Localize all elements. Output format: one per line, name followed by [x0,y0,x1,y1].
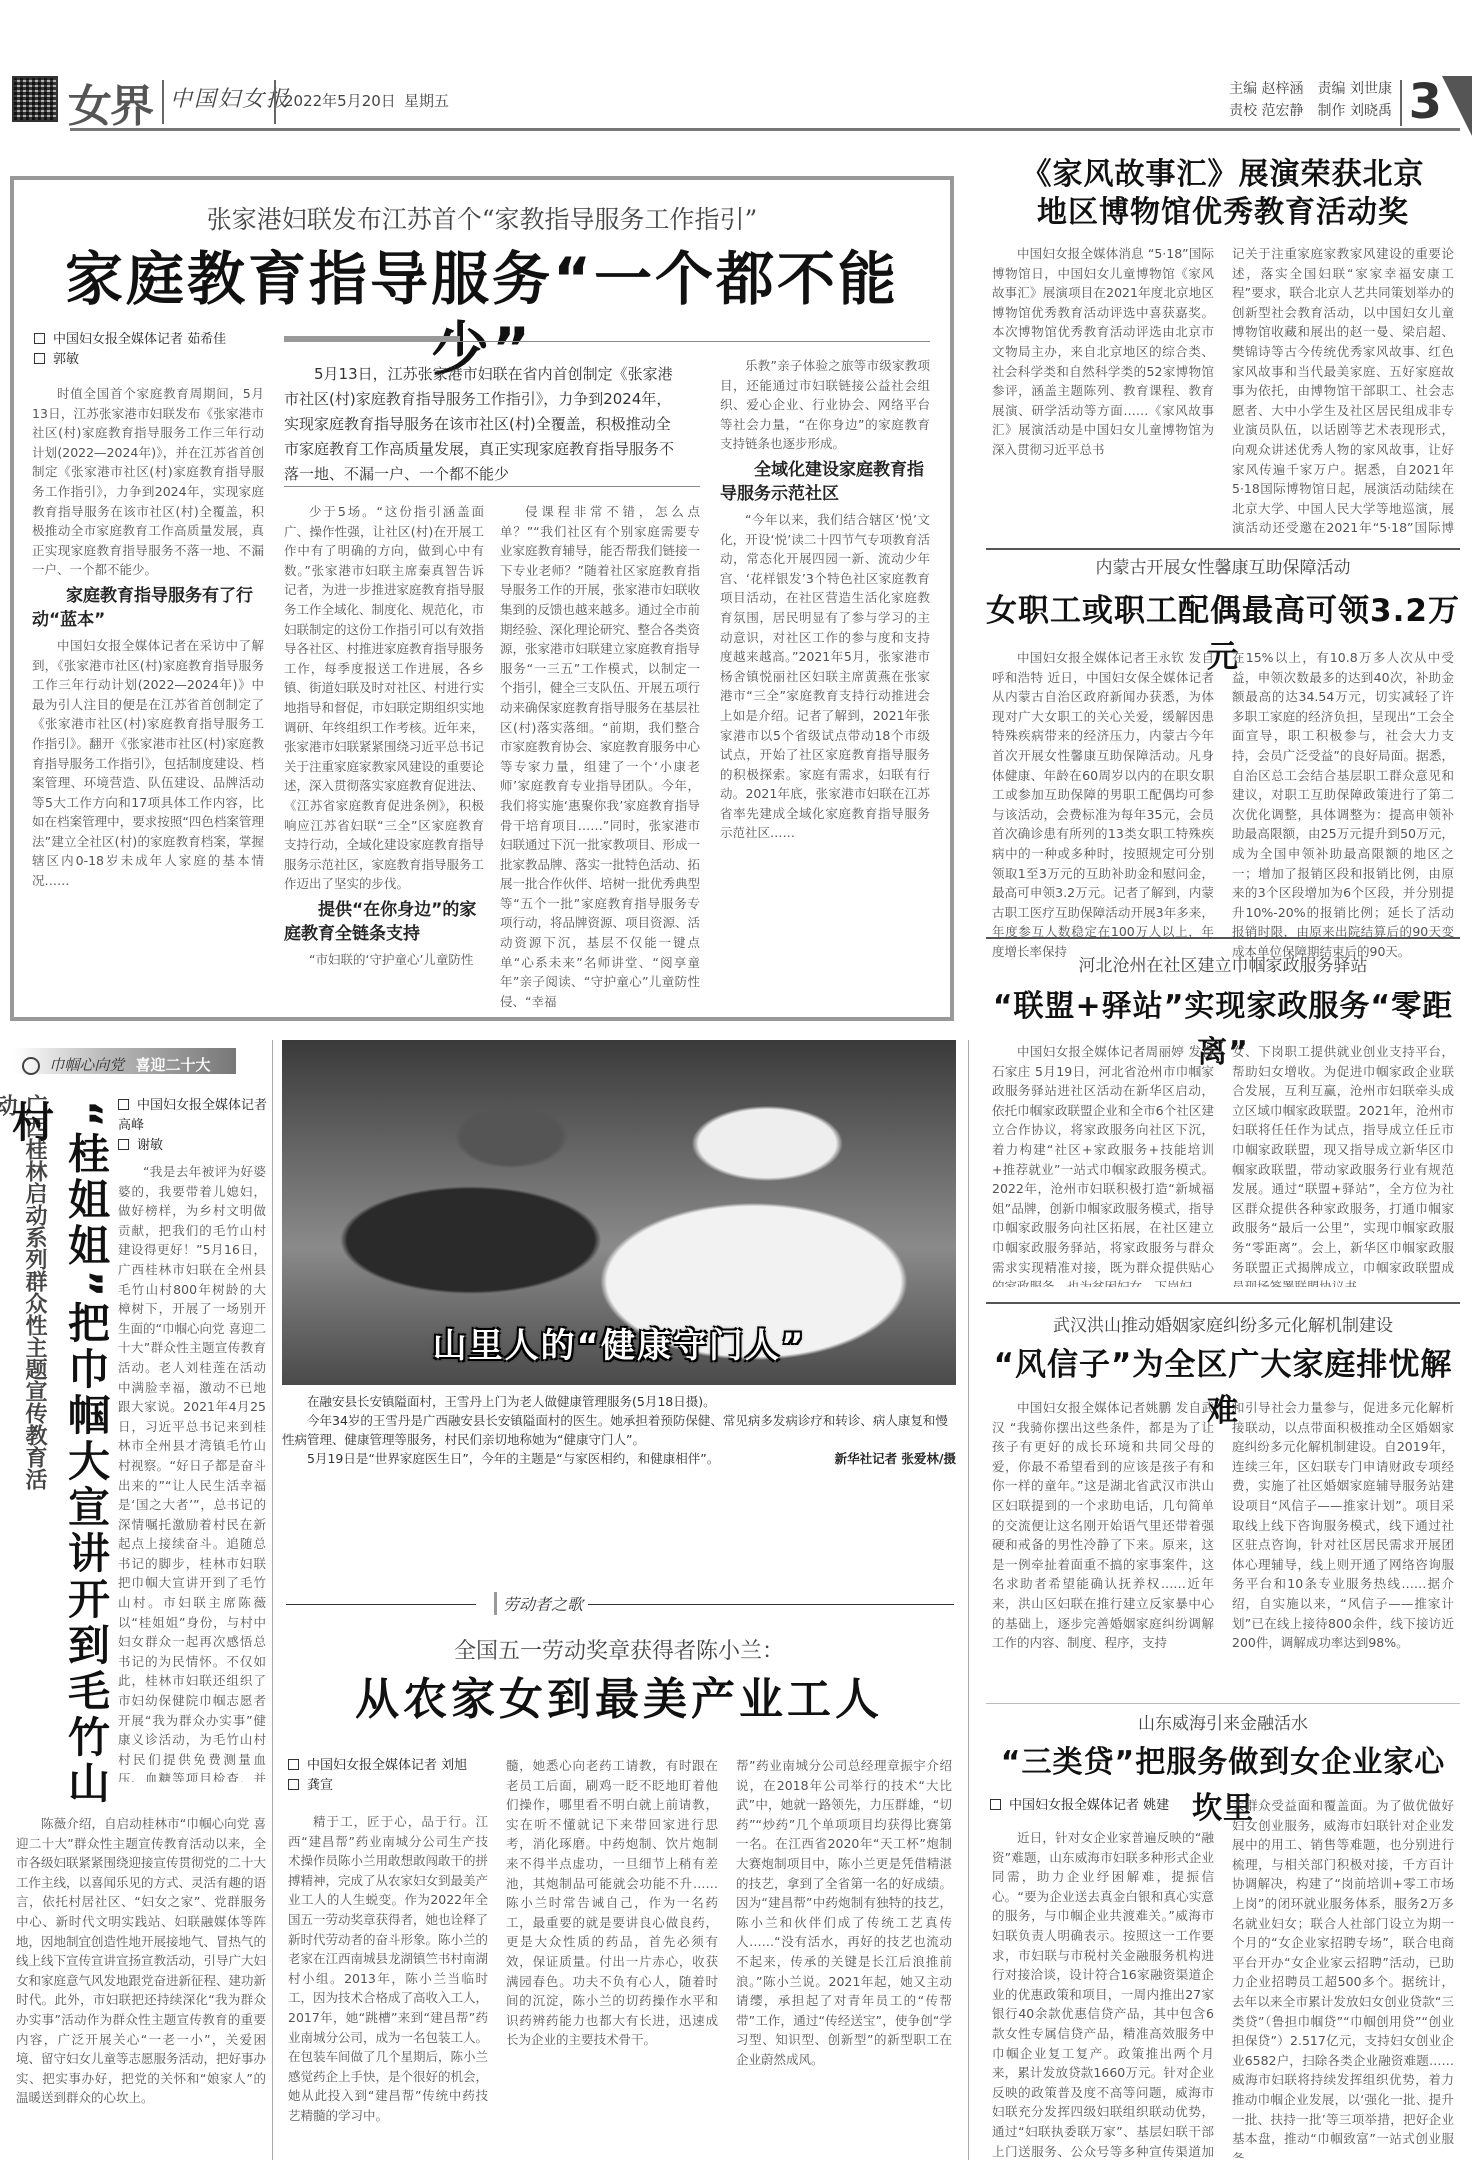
byline-reporter-2: 谢敏 [118,1136,268,1156]
museum-story: 《家风故事汇》展演荣获北京 地区博物馆优秀教育活动奖 中国妇女报全媒体消息 “5… [986,156,1460,536]
insurance-col-2: 在15%以上，有10.8万多人次从中受益，申领次数最多的达到40次，补助金额最高… [1232,648,1454,968]
photo-title: 山里人的“健康守门人” [282,1318,956,1367]
bullet-square-icon [288,1759,299,1770]
guijie-kicker: 广西桂林启动系列群众性主题宣传教育活动 [16,1094,50,1494]
housekeeping-story: 河北沧州在社区建立巾帼家政服务驿站 “联盟+驿站”实现家政服务“零距离” 中国妇… [986,954,1460,1294]
lead-story-byline: 中国妇女报全媒体记者 茹希佳 郭敏 [34,330,274,370]
mediation-story: 武汉洪山推动婚姻家庭纠纷多元化解机制建设 “风信子”为全区广大家庭排忧解难 中国… [986,1314,1460,1699]
worker-headline: 从农家女到最美产业工人 [282,1670,956,1730]
lead-col-1-text: 时值全国首个家庭教育周期间，5月13日，江苏张家港市妇联发布《张家港市社区(村)… [32,384,264,580]
party-emblem-icon [22,1057,40,1075]
lead-col-3-text: 侵课程非常不错，怎么点单？”“我们社区有个别家庭需要专业家庭教育辅导，能否帮我们… [500,502,700,1011]
housekeeping-col-2: 女、下岗职工提供就业创业支持平台，帮助妇女增收。为促进巾帼家政企业联合发展，互利… [1232,1042,1454,1287]
section-rule [986,548,1460,550]
divider [162,80,164,124]
lead-col-1-text-2: 中国妇女报全媒体记者在采访中了解到，《张家港市社区(村)家庭教育指导服务工作三年… [32,636,264,891]
bullet-square-icon [118,1099,129,1110]
worker-col-2: 髓，她悉心向老药工请教，有时跟在老员工后面，刷鸡一眨不眨地盯着他们操作，哪里看不… [506,1756,718,2156]
worker-col-3: 帮”药业南城分公司总经理章振宇介绍说，在2018年公司举行的技术“大比武”中，她… [736,1756,952,2156]
column-label: 劳动者之歌 [494,1592,584,1615]
lead-col-2-text: 少于5场。“这份指引涵盖面广、操作性强，让社区(村)在开展工作中有了明确的方向，… [284,502,484,894]
insurance-kicker: 内蒙古开展女性馨康互助保障活动 [986,556,1460,580]
bullet-square-icon [118,1139,129,1150]
column-divider [272,1040,273,2160]
byline-reporter-1: 中国妇女报全媒体记者 茹希佳 [34,330,274,350]
section-name: 女界 [68,70,152,134]
museum-col-2: 记关于注重家庭家教家风建设的重要论述，落实全国妇联“家家幸福安康工程”要求，联合… [1232,244,1454,534]
photo-caption: 在融安县长安镇隘面村，王雪丹上门为老人做健康管理服务(5月18日摄)。 今年34… [282,1392,956,1468]
masthead-rule [70,128,1460,131]
lead-subhead-2: 提供“在你身边”的家庭教育全链条支持 [284,898,484,946]
loan-col-1: 近日，针对女企业家普遍反映的“融资”难题，山东威海市妇联多种形式企业同需，助力企… [992,1828,1214,2158]
lead-subhead-1: 家庭教育指导服务有了行动“蓝本” [32,584,264,632]
divider [274,80,276,124]
issue-date: 2022年5月20日 [284,90,396,111]
guijie-byline: 中国妇女报全媒体记者 高峰 谢敏 [118,1096,268,1156]
byline-reporter-1: 中国妇女报全媒体记者 高峰 [118,1096,268,1136]
lead-col-4-text-2: “今年以来，我们结合辖区‘悦’文化，开设‘悦’读二十四节气专项教育活动，常态化开… [720,510,930,843]
loan-col-2: 大群众受益面和覆盖面。为了做优做好妇女创业服务，威海市妇联针对企业发展中的用工、… [1232,1796,1454,2158]
feature-photo[interactable]: 山里人的“健康守门人” [282,1040,956,1385]
mediation-col-2: 和引导社会力量参与，促进多元化解析接联动，以点带面积极推动全区婚姻家庭纠纷多元化… [1232,1398,1454,1693]
lead-rule-bottom [284,486,700,487]
museum-headline: 《家风故事汇》展演荣获北京 地区博物馆优秀教育活动奖 [986,156,1460,232]
housekeeping-kicker: 河北沧州在社区建立巾帼家政服务驿站 [986,954,1460,978]
lead-col-4: 乐教”亲子体验之旅等市级家教项目，还能通过市妇联链接公益社会组织、爱心企业、行业… [720,356,930,843]
masthead: 女界 中国妇女报 2022年5月20日 星期五 主编 赵梓涵 责编 刘世康 责校… [12,76,1464,138]
qr-code-icon[interactable] [12,76,58,122]
section-rule [986,937,1460,939]
lead-col-2: 少于5场。“这份指引涵盖面广、操作性强，让社区(村)在开展工作中有了明确的方向，… [284,502,484,969]
section-rule [986,1703,1460,1704]
insurance-col-1: 中国妇女报全媒体记者王永钦 发自呼和浩特 近日，中国妇女保全媒体记者从内蒙古自治… [992,648,1214,968]
photo-credit: 新华社记者 张爱林/摄 [810,1449,956,1468]
caption-line-3: 5月19日是“世界家庭医生日”，今年的主题是“与家医相约，和健康相伴”。 新华社… [282,1449,956,1468]
lead-col-4-text: 乐教”亲子体验之旅等市级家教项目，还能通过市妇联链接公益社会组织、爱心企业、行业… [720,356,930,454]
loan-byline: 中国妇女报全媒体记者 姚建 [990,1796,1214,1816]
page-flag-icon [1442,76,1472,136]
insurance-story: 内蒙古开展女性馨康互助保障活动 女职工或职工配偶最高可领3.2万元 中国妇女报全… [986,556,1460,976]
editor-credits-line2: 责校 范宏静 制作 刘晓禹 [1229,100,1392,122]
column-divider [968,1040,969,2160]
lead-col-2-text-2: “市妇联的‘守护童心’儿童防性 [284,950,484,970]
bullet-square-icon [990,1799,1001,1810]
editor-credits-line1: 主编 赵梓涵 责编 刘世康 [1229,78,1392,100]
bullet-square-icon [34,333,45,344]
guijie-col-2: 陈薇介绍，自启动桂林市“巾帼心向党 喜迎二十大”群众性主题宣传教育活动以来，全市… [16,1814,266,2159]
lead-col-1: 时值全国首个家庭教育周期间，5月13日，江苏张家港市妇联发布《张家港市社区(村)… [32,384,264,891]
column-label-rule-right [588,1604,954,1605]
lead-story-kicker: 张家港妇联发布江苏首个“家教指导服务工作指引” [14,200,950,236]
byline-reporter-2: 龚宣 [288,1776,488,1796]
byline-reporter-2: 郭敏 [34,350,274,370]
guijie-col-1: “我是去年被评为好婆婆的，我要带着儿媳妇，做好榜样，为乡村文明做贡献，把我们的毛… [118,1162,266,1782]
issue-weekday: 星期五 [404,90,449,111]
column-label-rule-left [286,1604,476,1605]
guijie-headline: “桂姐姐”把巾帼大宣讲开到毛竹山村 [54,1100,114,1820]
paper-logo: 中国妇女报 [170,82,290,113]
caption-line-1: 在融安县长安镇隘面村，王雪丹上门为老人做健康管理服务(5月18日摄)。 [282,1392,956,1411]
lead-col-3: 侵课程非常不错，怎么点单？”“我们社区有个别家庭需要专业家庭教育辅导，能否帮我们… [500,502,700,1011]
lead-subhead-3: 全域化建设家庭教育指导服务示范社区 [720,458,930,506]
loan-kicker: 山东威海引来金融活水 [986,1712,1460,1736]
lead-accent-bar [284,336,460,342]
series-banner-right: 喜迎二十大 [135,1056,210,1074]
series-banner-left: 巾帼心向党 [49,1056,124,1074]
loan-story: 山东威海引来金融活水 “三类贷”把服务做到女企业家心坎里 中国妇女报全媒体记者 … [986,1712,1460,2160]
editor-credits: 主编 赵梓涵 责编 刘世康 责校 范宏静 制作 刘晓禹 [1229,78,1392,122]
page-number: 3 [1409,74,1442,130]
worker-byline: 中国妇女报全媒体记者 刘旭 龚宣 [288,1756,488,1796]
divider [1400,80,1402,126]
lead-paragraph: 5月13日，江苏张家港市妇联在省内首创制定《张家港市社区(村)家庭教育指导服务工… [284,362,684,487]
lead-rule [460,341,930,342]
housekeeping-col-1: 中国妇女报全媒体记者周丽婷 发自石家庄 5月19日，河北省沧州市巾帼家政服务驿站… [992,1042,1214,1287]
series-banner: 巾帼心向党 喜迎二十大 [14,1048,236,1074]
worker-kicker: 全国五一劳动奖章获得者陈小兰： [282,1634,956,1665]
lead-story-box: 张家港妇联发布江苏首个“家教指导服务工作指引” 家庭教育指导服务“一个都不能少”… [10,176,954,1021]
bullet-square-icon [34,353,45,364]
bullet-square-icon [288,1779,299,1790]
worker-col-1: 精于工，匠于心，品于行。江西“建昌帮”药业南城分公司生产技术操作员陈小兰用敢想敢… [288,1812,488,2157]
caption-line-2: 今年34岁的王雪丹是广西融安县长安镇隘面村的医生。她承担着预防保健、常见病多发病… [282,1411,956,1449]
section-rule [986,1302,1460,1304]
mediation-col-1: 中国妇女报全媒体记者姚鹏 发自武汉 “我骑你摆出这些条件，都是为了让孩子有更好的… [992,1398,1214,1693]
byline-reporter-1: 中国妇女报全媒体记者 刘旭 [288,1756,488,1776]
mediation-kicker: 武汉洪山推动婚姻家庭纠纷多元化解机制建设 [986,1314,1460,1338]
museum-col-1: 中国妇女报全媒体消息 “5·18”国际博物馆日，中国妇女儿童博物馆《家风故事汇》… [992,244,1214,534]
